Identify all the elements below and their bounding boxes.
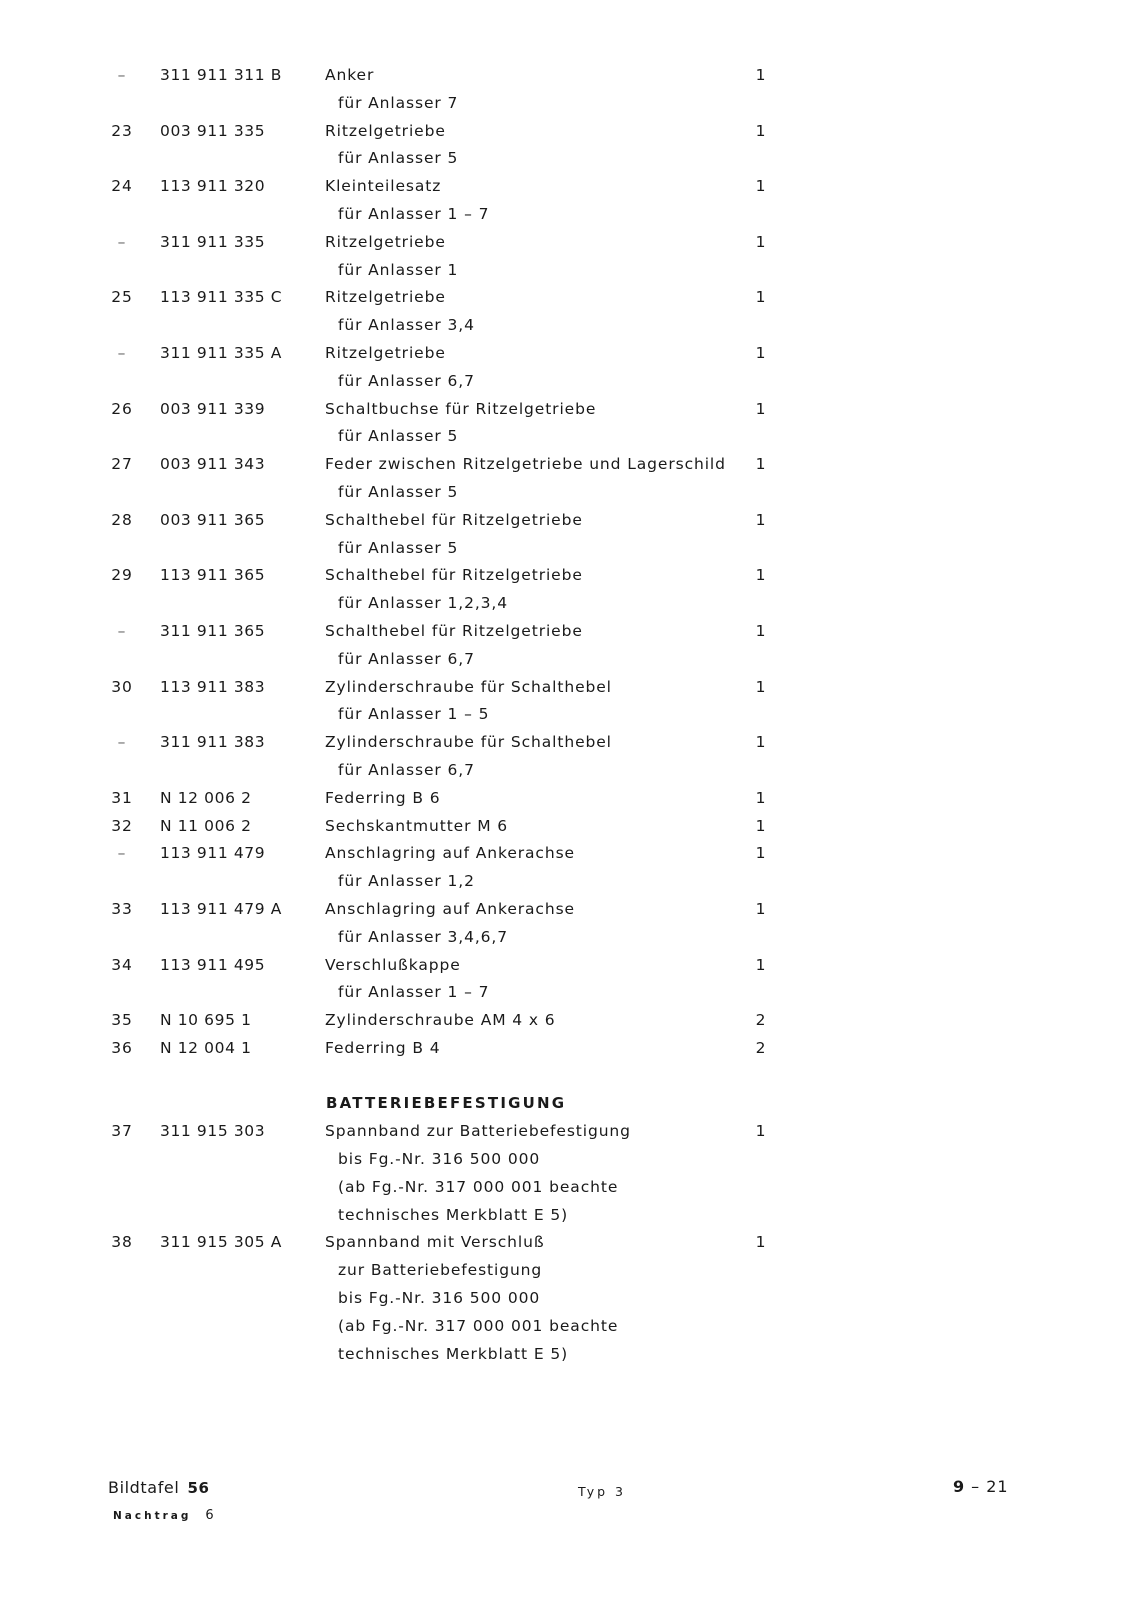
- position-number: 30: [104, 674, 140, 702]
- quantity: 1: [754, 729, 768, 757]
- part-description: Ritzelgetriebe: [325, 284, 446, 312]
- position-number: 37: [104, 1118, 140, 1146]
- position-number: 27: [104, 451, 140, 479]
- quantity: 1: [754, 840, 768, 868]
- part-number: 311 911 311 B: [160, 62, 282, 90]
- table-row: –311 911 335 ARitzelgetriebe1: [0, 340, 1139, 368]
- part-note: für Anlasser 5: [338, 535, 458, 563]
- part-note: für Anlasser 3,4,6,7: [338, 924, 508, 952]
- table-row: –311 911 311 BAnker1: [0, 62, 1139, 90]
- part-number: 003 911 335: [160, 118, 265, 146]
- quantity: 1: [754, 173, 768, 201]
- part-number: 311 915 303: [160, 1118, 265, 1146]
- table-row: 31N 12 006 2Federring B 61: [0, 785, 1139, 813]
- table-row-note: für Anlasser 1,2,3,4: [0, 590, 1139, 618]
- part-number: 113 911 383: [160, 674, 265, 702]
- part-description: Schalthebel für Ritzelgetriebe: [325, 507, 583, 535]
- quantity: 1: [754, 674, 768, 702]
- spacer: [0, 1063, 1139, 1091]
- part-note: für Anlasser 1,2: [338, 868, 475, 896]
- table-row-note: für Anlasser 5: [0, 479, 1139, 507]
- position-number: –: [104, 840, 140, 868]
- part-note: für Anlasser 6,7: [338, 368, 475, 396]
- part-number: 311 915 305 A: [160, 1229, 282, 1257]
- quantity: 1: [754, 785, 768, 813]
- quantity: 1: [754, 118, 768, 146]
- quantity: 1: [754, 896, 768, 924]
- part-number: 311 911 365: [160, 618, 265, 646]
- table-row-note: für Anlasser 1 – 7: [0, 201, 1139, 229]
- position-number: –: [104, 729, 140, 757]
- table-row-note: für Anlasser 5: [0, 535, 1139, 563]
- table-row: 23003 911 335Ritzelgetriebe1: [0, 118, 1139, 146]
- table-row-note: (ab Fg.-Nr. 317 000 001 beachte: [0, 1313, 1139, 1341]
- part-note: für Anlasser 3,4: [338, 312, 475, 340]
- table-row: 29113 911 365Schalthebel für Ritzelgetri…: [0, 562, 1139, 590]
- table-row: –113 911 479Anschlagring auf Ankerachse1: [0, 840, 1139, 868]
- position-number: –: [104, 340, 140, 368]
- table-row: 30113 911 383Zylinderschraube für Schalt…: [0, 674, 1139, 702]
- table-row-note: bis Fg.-Nr. 316 500 000: [0, 1285, 1139, 1313]
- table-row: 35N 10 695 1Zylinderschraube AM 4 x 62: [0, 1007, 1139, 1035]
- part-number: 113 911 320: [160, 173, 265, 201]
- position-number: 34: [104, 952, 140, 980]
- part-number: N 11 006 2: [160, 813, 252, 841]
- table-row-note: für Anlasser 1 – 5: [0, 701, 1139, 729]
- part-description: Ritzelgetriebe: [325, 229, 446, 257]
- table-row-note: (ab Fg.-Nr. 317 000 001 beachte: [0, 1174, 1139, 1202]
- part-number: 003 911 365: [160, 507, 265, 535]
- part-description: Sechskantmutter M 6: [325, 813, 508, 841]
- quantity: 1: [754, 562, 768, 590]
- page-number: 9– 21: [953, 1477, 1009, 1496]
- supplement-label: Nachtrag: [113, 1510, 191, 1522]
- table-row-note: bis Fg.-Nr. 316 500 000: [0, 1146, 1139, 1174]
- quantity: 1: [754, 62, 768, 90]
- quantity: 1: [754, 396, 768, 424]
- page-index: 21: [986, 1477, 1008, 1496]
- table-row: 38311 915 305 ASpannband mit Verschluß1: [0, 1229, 1139, 1257]
- plate-number: 56: [187, 1479, 209, 1497]
- position-number: 24: [104, 173, 140, 201]
- part-description: Feder zwischen Ritzelgetriebe und Lagers…: [325, 451, 726, 479]
- parts-catalog-page: –311 911 311 BAnker1für Anlasser 723003 …: [0, 0, 1139, 1600]
- table-row: 33113 911 479 AAnschlagring auf Ankerach…: [0, 896, 1139, 924]
- part-note: technisches Merkblatt E 5): [338, 1202, 568, 1230]
- quantity: 1: [754, 813, 768, 841]
- position-number: 28: [104, 507, 140, 535]
- position-number: 23: [104, 118, 140, 146]
- table-row-note: für Anlasser 6,7: [0, 646, 1139, 674]
- page-separator: –: [971, 1477, 980, 1496]
- part-note: für Anlasser 1 – 7: [338, 201, 489, 229]
- part-note: (ab Fg.-Nr. 317 000 001 beachte: [338, 1174, 618, 1202]
- part-note: für Anlasser 1 – 5: [338, 701, 489, 729]
- part-number: 113 911 479: [160, 840, 265, 868]
- table-row: 27003 911 343Feder zwischen Ritzelgetrie…: [0, 451, 1139, 479]
- table-row-note: für Anlasser 5: [0, 423, 1139, 451]
- position-number: 31: [104, 785, 140, 813]
- page-group: 9: [953, 1477, 965, 1496]
- position-number: 32: [104, 813, 140, 841]
- table-row-note: für Anlasser 1,2: [0, 868, 1139, 896]
- part-description: Verschlußkappe: [325, 952, 461, 980]
- position-number: 33: [104, 896, 140, 924]
- table-row: 34113 911 495Verschlußkappe1: [0, 952, 1139, 980]
- part-note: (ab Fg.-Nr. 317 000 001 beachte: [338, 1313, 618, 1341]
- part-note: technisches Merkblatt E 5): [338, 1341, 568, 1369]
- part-description: Kleinteilesatz: [325, 173, 441, 201]
- part-number: N 12 006 2: [160, 785, 252, 813]
- part-number: 003 911 339: [160, 396, 265, 424]
- position-number: –: [104, 229, 140, 257]
- part-note: für Anlasser 1,2,3,4: [338, 590, 508, 618]
- part-note: zur Batteriebefestigung: [338, 1257, 542, 1285]
- part-description: Ritzelgetriebe: [325, 118, 446, 146]
- table-row: 32N 11 006 2Sechskantmutter M 61: [0, 813, 1139, 841]
- table-row: 24113 911 320Kleinteilesatz1: [0, 173, 1139, 201]
- part-description: Spannband zur Batteriebefestigung: [325, 1118, 631, 1146]
- part-number: 113 911 479 A: [160, 896, 282, 924]
- part-number: 113 911 495: [160, 952, 265, 980]
- part-description: Federring B 4: [325, 1035, 440, 1063]
- part-number: 311 911 335: [160, 229, 265, 257]
- part-note: für Anlasser 1 – 7: [338, 979, 489, 1007]
- part-description: Anker: [325, 62, 374, 90]
- part-note: für Anlasser 5: [338, 479, 458, 507]
- table-row: –311 911 335Ritzelgetriebe1: [0, 229, 1139, 257]
- supplement-number: 6: [205, 1508, 213, 1523]
- quantity: 1: [754, 952, 768, 980]
- table-row-note: für Anlasser 7: [0, 90, 1139, 118]
- part-description: Zylinderschraube für Schalthebel: [325, 729, 612, 757]
- table-row: 28003 911 365Schalthebel für Ritzelgetri…: [0, 507, 1139, 535]
- table-row: 25113 911 335 CRitzelgetriebe1: [0, 284, 1139, 312]
- quantity: 1: [754, 340, 768, 368]
- section-title: BATTERIEBEFESTIGUNG: [326, 1090, 566, 1118]
- part-number: 311 911 383: [160, 729, 265, 757]
- table-row: 26003 911 339Schaltbuchse für Ritzelgetr…: [0, 396, 1139, 424]
- table-row-note: für Anlasser 3,4,6,7: [0, 924, 1139, 952]
- position-number: 35: [104, 1007, 140, 1035]
- part-number: 113 911 335 C: [160, 284, 282, 312]
- part-number: N 12 004 1: [160, 1035, 252, 1063]
- part-description: Spannband mit Verschluß: [325, 1229, 544, 1257]
- quantity: 2: [754, 1035, 768, 1063]
- part-note: für Anlasser 7: [338, 90, 458, 118]
- vehicle-type: Typ 3: [578, 1484, 626, 1499]
- table-row-note: für Anlasser 6,7: [0, 368, 1139, 396]
- supplement-reference: Nachtrag6: [113, 1508, 214, 1523]
- table-row: 36N 12 004 1Federring B 42: [0, 1035, 1139, 1063]
- table-row-note: für Anlasser 1: [0, 257, 1139, 285]
- part-note: für Anlasser 5: [338, 145, 458, 173]
- section-heading: BATTERIEBEFESTIGUNG: [0, 1090, 1139, 1118]
- plate-reference: Bildtafel56: [108, 1478, 210, 1497]
- position-number: 26: [104, 396, 140, 424]
- part-note: bis Fg.-Nr. 316 500 000: [338, 1285, 540, 1313]
- position-number: –: [104, 618, 140, 646]
- part-description: Ritzelgetriebe: [325, 340, 446, 368]
- position-number: –: [104, 62, 140, 90]
- part-description: Zylinderschraube für Schalthebel: [325, 674, 612, 702]
- part-description: Anschlagring auf Ankerachse: [325, 840, 575, 868]
- part-note: für Anlasser 5: [338, 423, 458, 451]
- table-row-note: technisches Merkblatt E 5): [0, 1341, 1139, 1369]
- position-number: 29: [104, 562, 140, 590]
- table-row-note: für Anlasser 5: [0, 145, 1139, 173]
- part-number: 003 911 343: [160, 451, 265, 479]
- part-description: Federring B 6: [325, 785, 440, 813]
- table-row: 37311 915 303Spannband zur Batteriebefes…: [0, 1118, 1139, 1146]
- position-number: 38: [104, 1229, 140, 1257]
- quantity: 1: [754, 451, 768, 479]
- table-row-note: für Anlasser 1 – 7: [0, 979, 1139, 1007]
- table-row-note: für Anlasser 6,7: [0, 757, 1139, 785]
- table-row-note: zur Batteriebefestigung: [0, 1257, 1139, 1285]
- table-row-note: für Anlasser 3,4: [0, 312, 1139, 340]
- position-number: 36: [104, 1035, 140, 1063]
- position-number: 25: [104, 284, 140, 312]
- quantity: 1: [754, 507, 768, 535]
- part-number: 311 911 335 A: [160, 340, 282, 368]
- part-note: für Anlasser 6,7: [338, 757, 475, 785]
- part-number: N 10 695 1: [160, 1007, 252, 1035]
- plate-label: Bildtafel: [108, 1478, 179, 1497]
- part-description: Schaltbuchse für Ritzelgetriebe: [325, 396, 596, 424]
- part-note: für Anlasser 1: [338, 257, 458, 285]
- quantity: 1: [754, 1229, 768, 1257]
- part-description: Anschlagring auf Ankerachse: [325, 896, 575, 924]
- part-number: 113 911 365: [160, 562, 265, 590]
- parts-list: –311 911 311 BAnker1für Anlasser 723003 …: [0, 62, 1139, 1368]
- part-description: Schalthebel für Ritzelgetriebe: [325, 562, 583, 590]
- part-description: Schalthebel für Ritzelgetriebe: [325, 618, 583, 646]
- quantity: 1: [754, 1118, 768, 1146]
- part-note: bis Fg.-Nr. 316 500 000: [338, 1146, 540, 1174]
- part-description: Zylinderschraube AM 4 x 6: [325, 1007, 556, 1035]
- table-row: –311 911 383Zylinderschraube für Schalth…: [0, 729, 1139, 757]
- table-row-note: technisches Merkblatt E 5): [0, 1202, 1139, 1230]
- quantity: 2: [754, 1007, 768, 1035]
- quantity: 1: [754, 618, 768, 646]
- quantity: 1: [754, 284, 768, 312]
- part-note: für Anlasser 6,7: [338, 646, 475, 674]
- table-row: –311 911 365Schalthebel für Ritzelgetrie…: [0, 618, 1139, 646]
- quantity: 1: [754, 229, 768, 257]
